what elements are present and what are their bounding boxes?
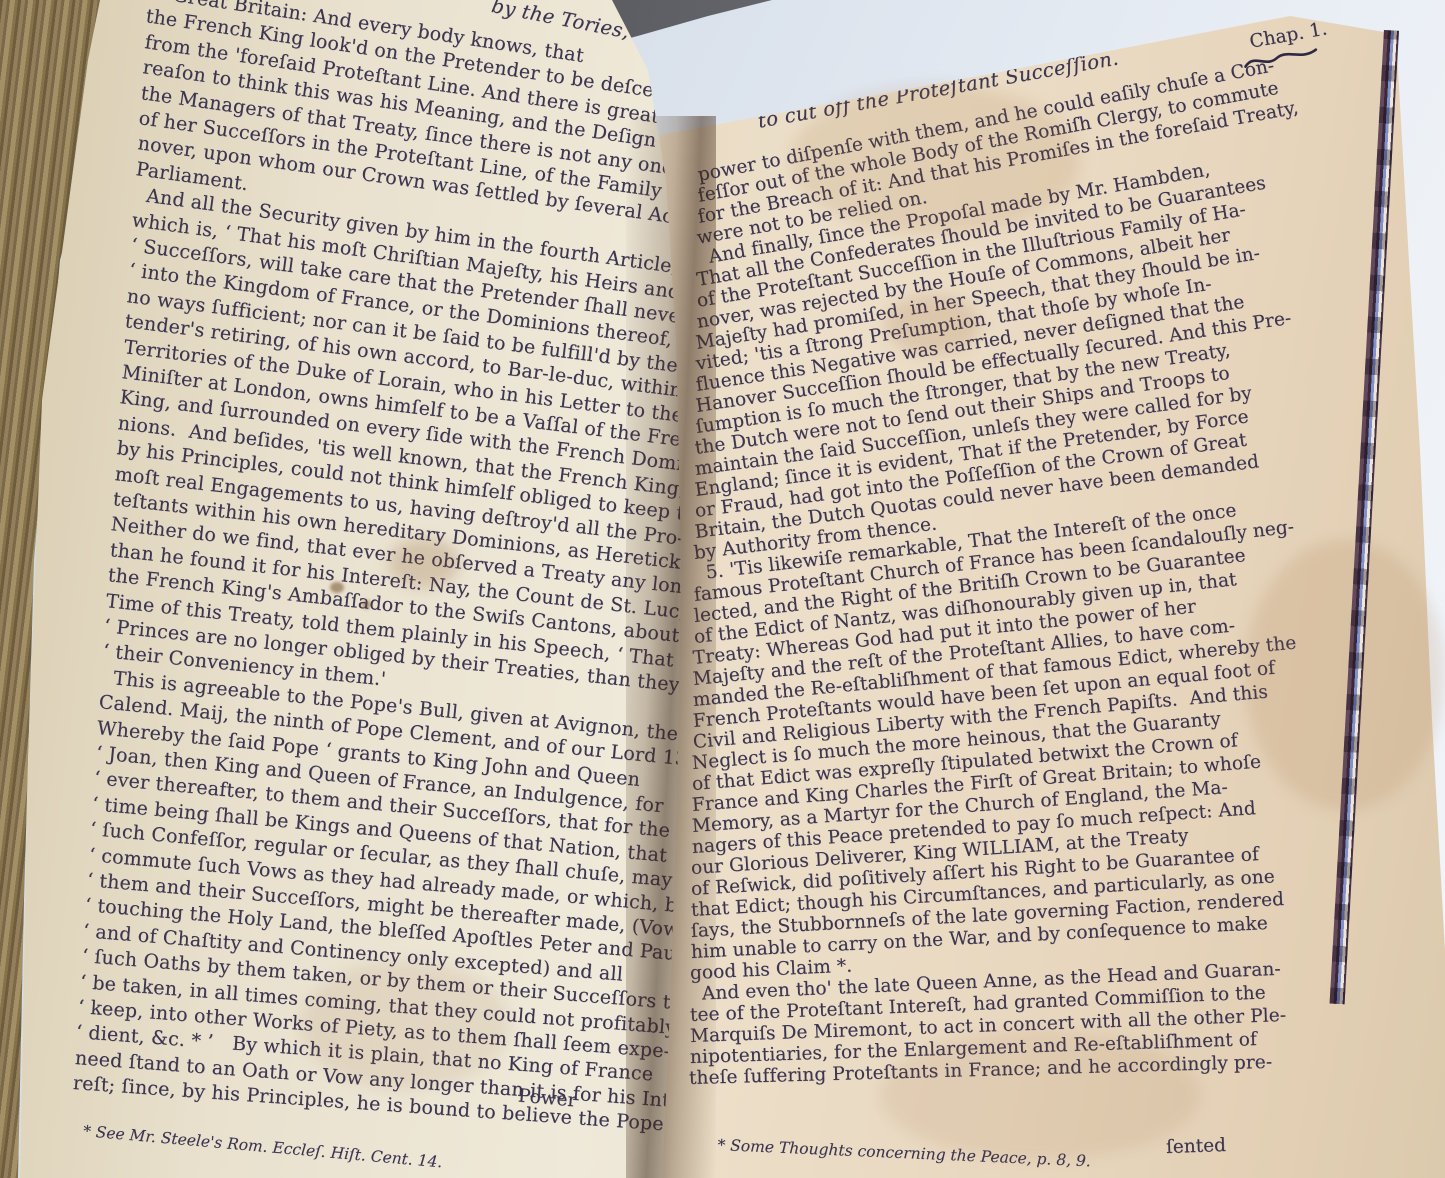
left-footnote: * See Mr. Steele's Rom. Eccleſ. Hiſt. Ce… bbox=[82, 1122, 443, 1171]
right-footnote: * Some Thoughts concerning the Peace, p.… bbox=[717, 1136, 1091, 1170]
right-page-number: 29 bbox=[1220, 0, 1247, 12]
book-photo: 29 to cut off the Proteſtant Succeſſion.… bbox=[0, 0, 1445, 1178]
right-catchword: ſented bbox=[1166, 1135, 1227, 1158]
